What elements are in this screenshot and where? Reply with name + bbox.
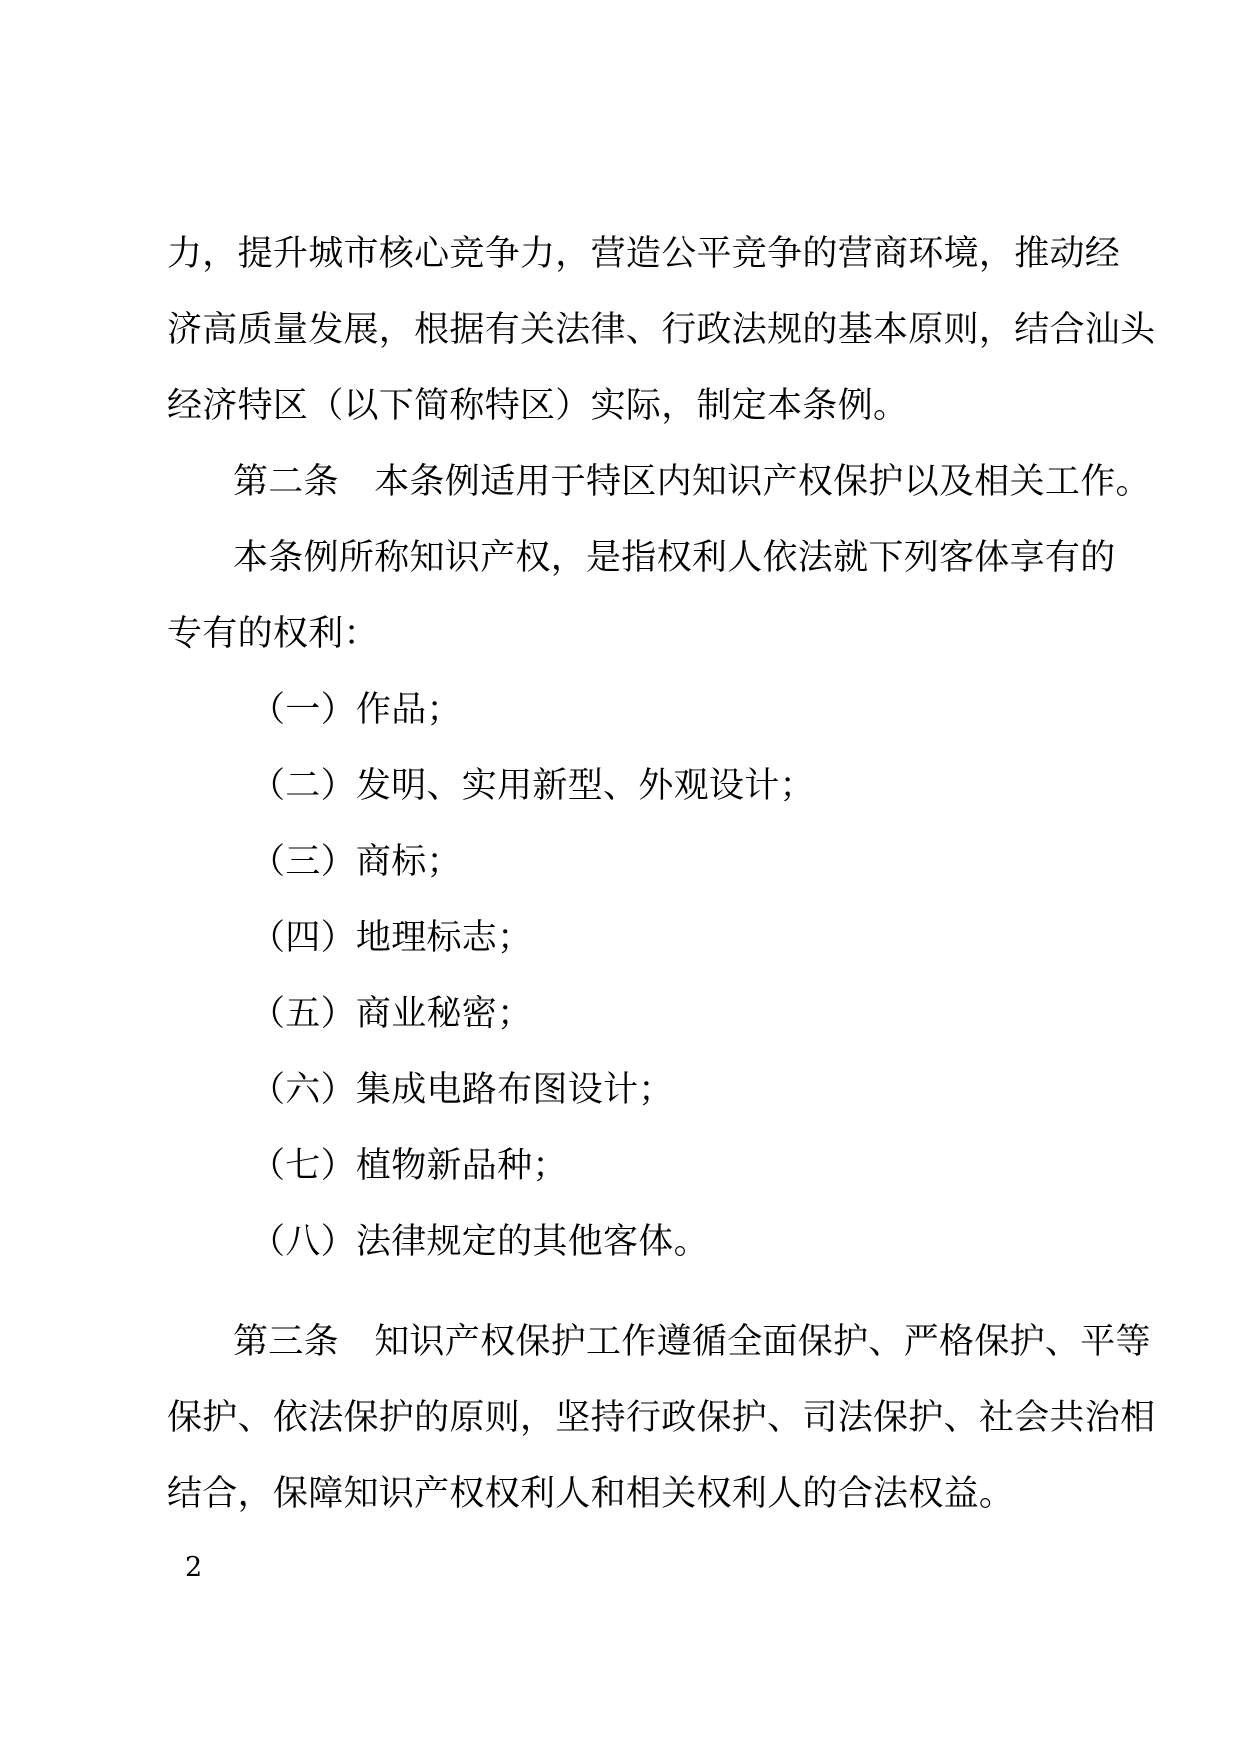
page-number: 2: [185, 1552, 202, 1583]
list-item: （四）地理标志；: [250, 916, 532, 960]
document-page: 力，提升城市核心竞争力，营造公平竞争的营商环境，推动经 济高质量发展，根据有关法…: [0, 0, 1240, 1754]
list-item: （六）集成电路布图设计；: [250, 1068, 674, 1112]
paragraph-line: 经济特区（以下简称特区）实际，制定本条例。: [167, 384, 908, 428]
paragraph-line: 力，提升城市核心竞争力，营造公平竞争的营商环境，推动经: [167, 232, 1120, 276]
list-item: （一）作品；: [250, 688, 462, 732]
paragraph-line: 结合，保障知识产权权利人和相关权利人的合法权益。: [167, 1472, 1014, 1516]
article-2-line: 第二条 本条例适用于特区内知识产权保护以及相关工作。: [233, 460, 1151, 504]
paragraph-line: 专有的权利：: [167, 612, 379, 656]
list-item: （三）商标；: [250, 840, 462, 884]
list-item: （七）植物新品种；: [250, 1144, 568, 1188]
article-3-line: 第三条 知识产权保护工作遵循全面保护、严格保护、平等: [233, 1320, 1151, 1364]
paragraph-line: 本条例所称知识产权，是指权利人依法就下列客体享有的: [233, 536, 1116, 580]
list-item: （五）商业秘密；: [250, 992, 532, 1036]
list-item: （八）法律规定的其他客体。: [250, 1220, 709, 1264]
list-item: （二）发明、实用新型、外观设计；: [250, 764, 815, 808]
paragraph-line: 保护、依法保护的原则，坚持行政保护、司法保护、社会共治相: [167, 1396, 1155, 1440]
paragraph-line: 济高质量发展，根据有关法律、行政法规的基本原则，结合汕头: [167, 308, 1155, 352]
